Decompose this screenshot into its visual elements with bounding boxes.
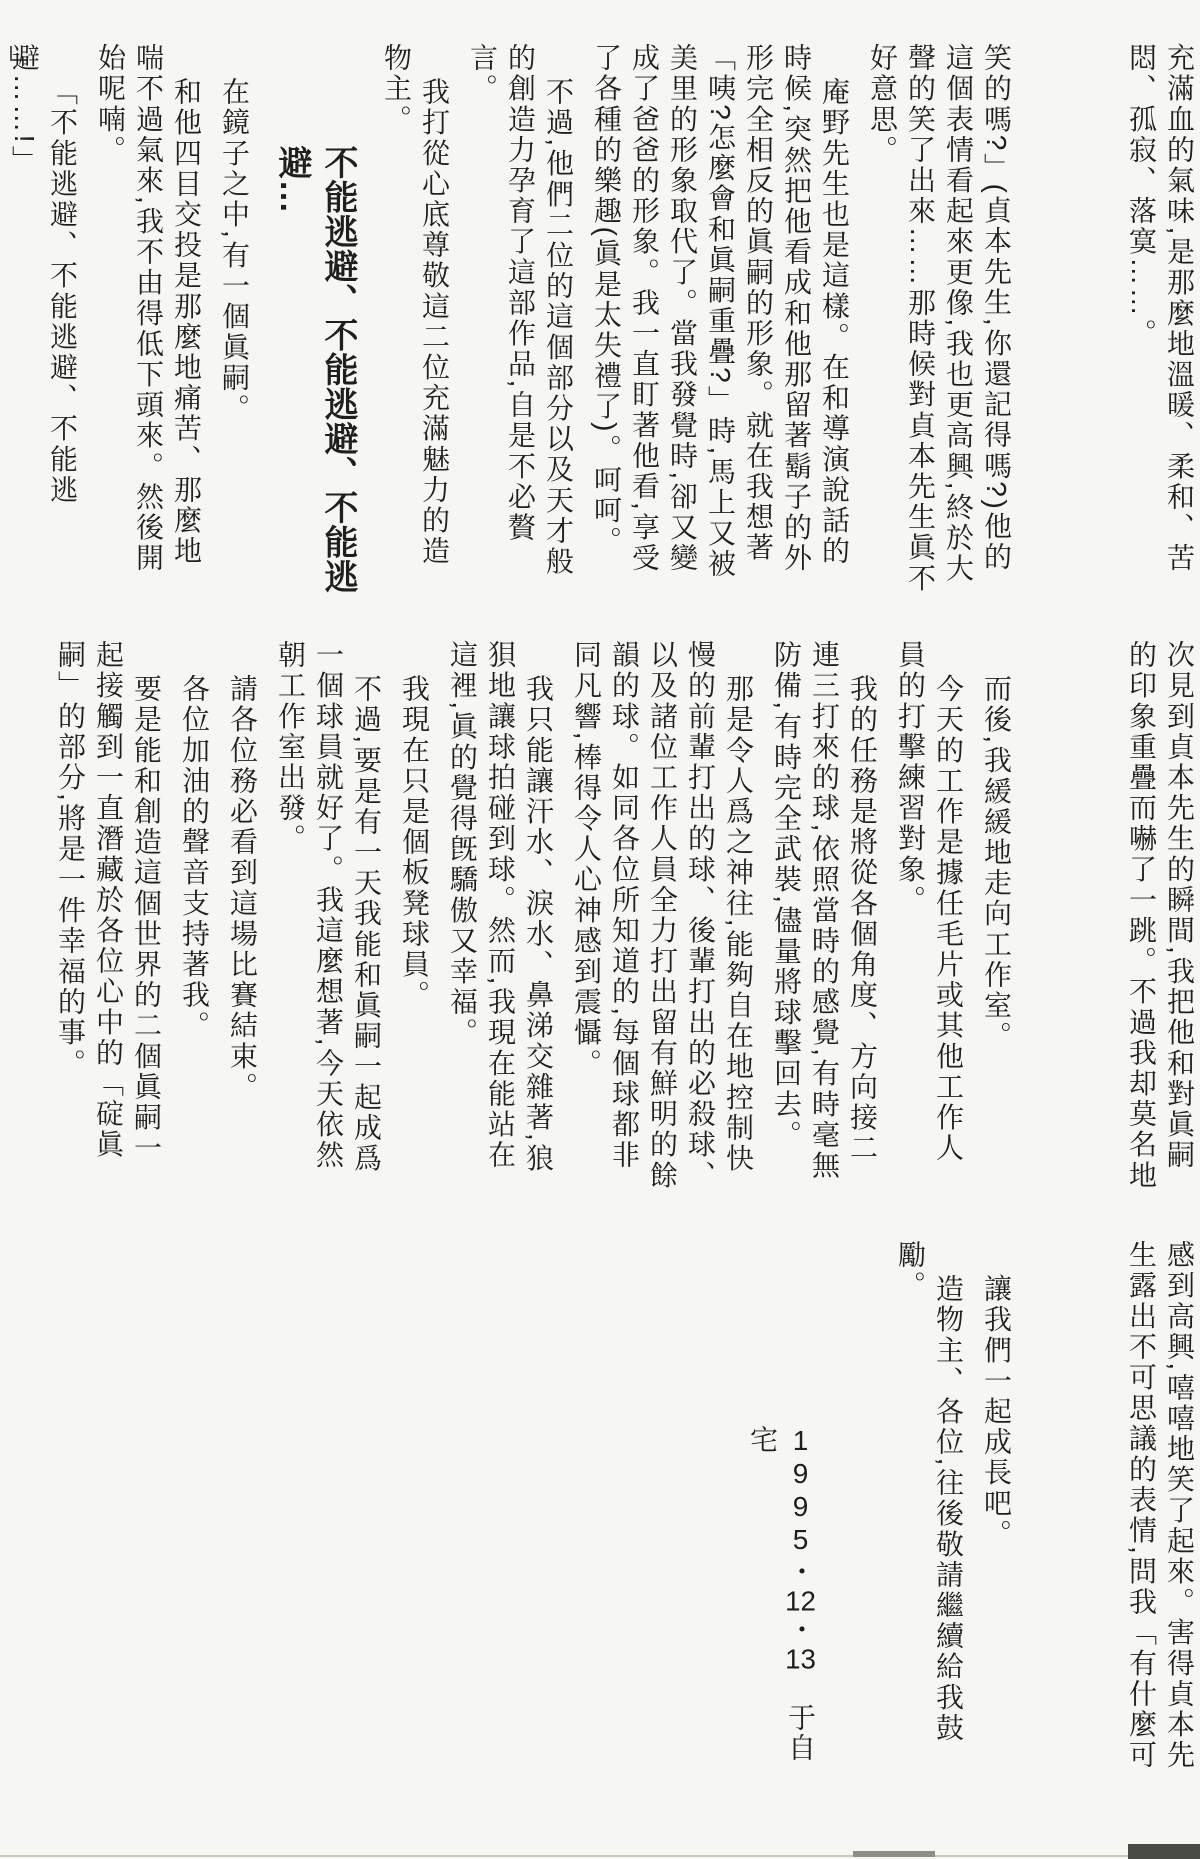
paragraph: 充滿血的氣味,是那麼地溫暖、柔和、苦悶、孤寂、落寞……。	[1122, 43, 1198, 595]
paragraph: 而後,我緩緩地走向工作室。	[977, 640, 1015, 1192]
paragraph: 次見到貞本先生的瞬間,我把他和對眞嗣的印象重疊而嚇了一跳。不過我却莫名地	[1122, 640, 1198, 1192]
paragraph: 我現在只是個板凳球員。	[395, 640, 433, 1192]
date-day: 13	[785, 1645, 816, 1673]
paragraph: 和他四目交投是那麼地痛苦、那麼地喘不過氣來,我不由得低下頭來。然後開始呢喃。	[91, 43, 205, 595]
paragraph: 要是能和創造這個世界的二個眞嗣一起接觸到一直潛藏於各位心中的「碇眞嗣」的部分,將…	[51, 640, 165, 1192]
paragraph: 那是令人爲之神往,能夠自在地控制快慢的前輩打出的球、後輩打出的必殺球、以及諸位工…	[567, 640, 757, 1192]
paragraph: 我只能讓汗水、淚水、鼻涕交雜著,狼狽地讓球拍碰到球。然而,我現在能站在這裡,眞的…	[443, 640, 557, 1192]
section-heading: 不能逃避、不能逃避、不能逃避…	[269, 43, 361, 595]
text-band-2: 而後,我緩緩地走向工作室。 今天的工作是據任毛片或其他工作人員的打擊練習對象。 …	[51, 640, 1015, 1192]
paragraph: 各位加油的聲音支持著我。	[175, 640, 213, 1192]
paragraph: 在鏡子之中,有一個眞嗣。	[215, 43, 253, 595]
page-bottom-edge-line	[0, 1855, 1200, 1857]
paragraph: 我的任務是將從各個角度、方向接二連三打來的球,依照當時的感覺,有時毫無防備,有時…	[767, 640, 881, 1192]
prev-page-fragment-band1: 充滿血的氣味,是那麼地溫暖、柔和、苦悶、孤寂、落寞……。	[1120, 43, 1198, 595]
date-line: 1995・12・13 于自宅	[743, 1240, 819, 1792]
date-separator: ・	[785, 1615, 816, 1645]
text-band-1: 笑的嗎?」(貞本先生,你還記得嗎?)他的這個表情看起來更像,我也更高興,終於大聲…	[5, 43, 1015, 595]
paragraph: 感到高興,嘻嘻地笑了起來。害得貞本先生露出不可思議的表情,問我「有什麼可	[1122, 1240, 1198, 1792]
paragraph: 造物主、各位,往後敬請繼續給我鼓勵。	[891, 1240, 967, 1792]
scanned-book-page: 充滿血的氣味,是那麼地溫暖、柔和、苦悶、孤寂、落寞……。 次見到貞本先生的瞬間,…	[0, 0, 1200, 1859]
paragraph: 讓我們一起成長吧。	[977, 1240, 1015, 1792]
prev-page-fragment-band3: 感到高興,嘻嘻地笑了起來。害得貞本先生露出不可思議的表情,問我「有什麼可	[1120, 1240, 1198, 1792]
paragraph: 不過,他們二位的這個部分以及天才般的創造力孕育了這部作品,自是不必贅言。	[463, 43, 577, 595]
paragraph: 庵野先生也是這樣。在和導演說話的時候,突然把他看成和他那留著鬍子的外形完全相反的…	[587, 43, 853, 595]
paragraph: 「不能逃避、不能逃避、不能逃避……!」	[5, 43, 81, 595]
paragraph: 笑的嗎?」(貞本先生,你還記得嗎?)他的這個表情看起來更像,我也更高興,終於大聲…	[863, 43, 1015, 595]
paragraph: 不過,要是有一天我能和眞嗣一起成爲一個球員就好了。我這麼想著,今天依然朝工作室出…	[271, 640, 385, 1192]
scan-artifact-bar	[853, 1851, 935, 1857]
paragraph: 今天的工作是據任毛片或其他工作人員的打擊練習對象。	[891, 640, 967, 1192]
paragraph: 請各位務必看到這場比賽結束。	[223, 640, 261, 1192]
date-year: 1995	[785, 1425, 816, 1557]
date-separator: ・	[785, 1557, 816, 1587]
scan-artifact-corner-bar	[1128, 1844, 1200, 1859]
text-band-3: 讓我們一起成長吧。 造物主、各位,往後敬請繼續給我鼓勵。 1995・12・13 …	[743, 1240, 1015, 1792]
prev-page-fragment-band2: 次見到貞本先生的瞬間,我把他和對眞嗣的印象重疊而嚇了一跳。不過我却莫名地	[1120, 640, 1198, 1192]
paragraph: 我打從心底尊敬這二位充滿魅力的造物主。	[377, 43, 453, 595]
date-month: 12	[785, 1587, 816, 1615]
